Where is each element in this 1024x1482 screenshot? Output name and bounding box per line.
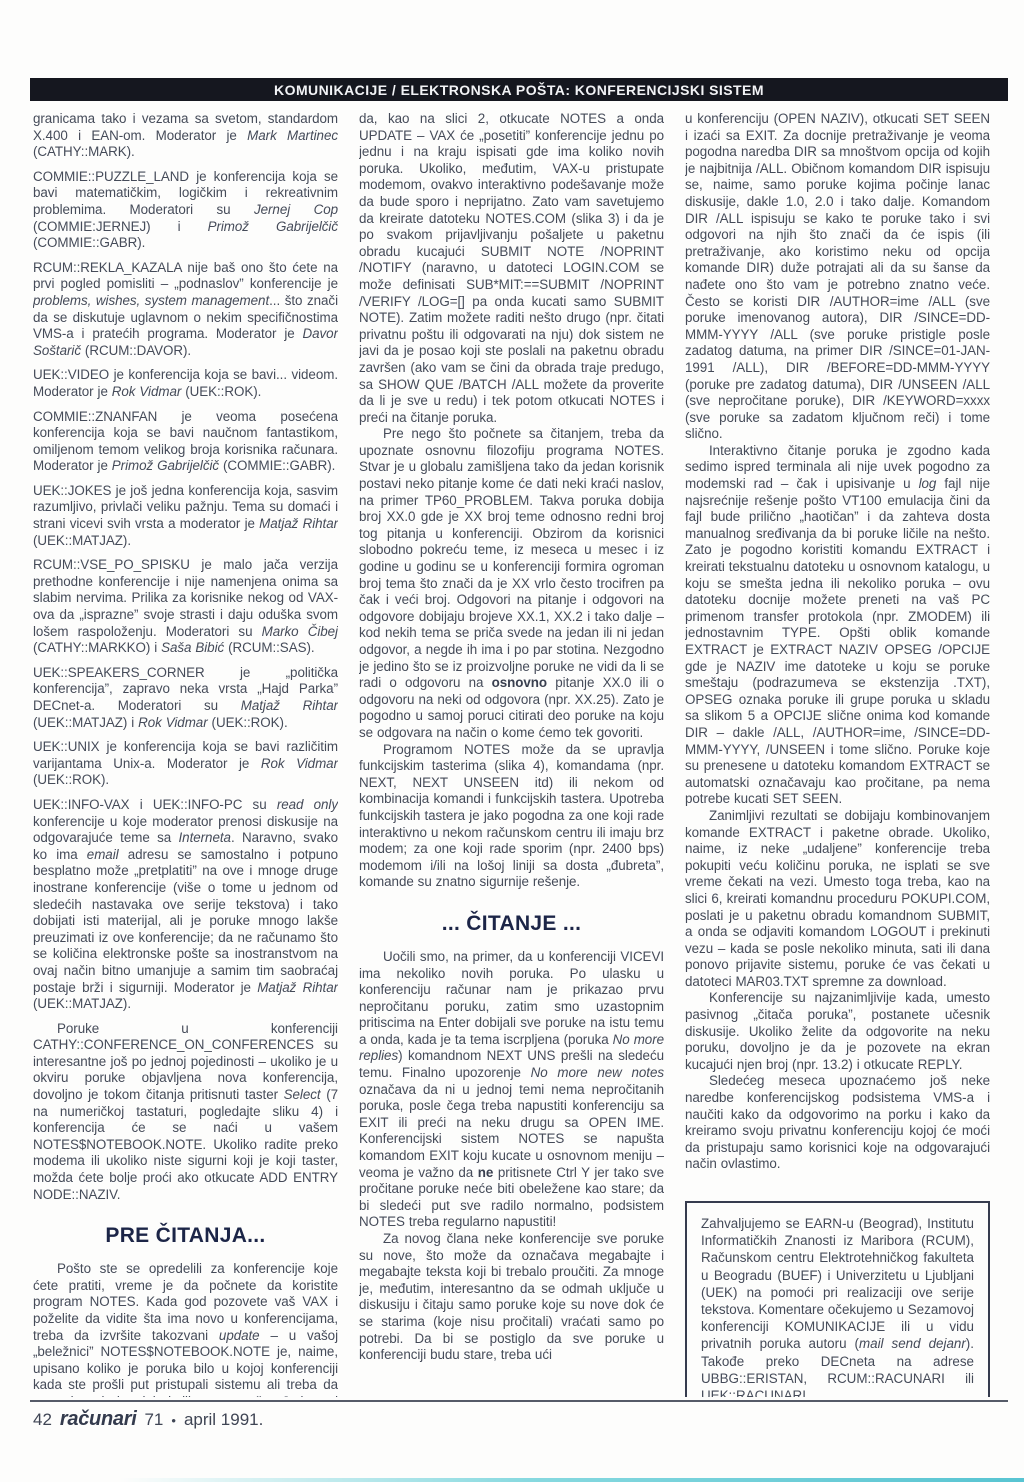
article-paragraph: UEK::INFO-VAX i UEK::INFO-PC su read onl… <box>33 797 338 1013</box>
section-header-title: KOMUNIKACIJE / ELEKTRONSKA POŠTA: KONFER… <box>274 82 764 98</box>
magazine-page: KOMUNIKACIJE / ELEKTRONSKA POŠTA: KONFER… <box>0 0 1024 1482</box>
article-paragraph: UEK::UNIX je konferencija koja se bavi r… <box>33 739 338 789</box>
issue-date: april 1991. <box>184 1410 263 1430</box>
article-paragraph: Konferencije su najzanimljivije kada, um… <box>685 990 990 1073</box>
article-paragraph: granicama tako i vezama sa svetom, stand… <box>33 111 338 161</box>
article-paragraph: Sledećeg meseca upoznaćemo još neke nare… <box>685 1073 990 1173</box>
section-header-bar: KOMUNIKACIJE / ELEKTRONSKA POŠTA: KONFER… <box>30 78 1008 101</box>
article-paragraph: da, kao na slici 2, otkucate NOTES a ond… <box>359 111 664 426</box>
article-paragraph: UEK::JOKES je još jedna konferencija koj… <box>33 483 338 549</box>
article-paragraph: UEK::SPEAKERS_CORNER je „politička konfe… <box>33 665 338 731</box>
article-paragraph: Zanimljivi rezultati se dobijaju kombino… <box>685 808 990 991</box>
article-paragraph: Za novog člana neke konferencije sve por… <box>359 1231 664 1364</box>
page-number: 42 <box>33 1410 52 1430</box>
article-paragraph: RCUM::VSE_PO_SPISKU je malo jača verzija… <box>33 557 338 657</box>
article-paragraph: Interaktivno čitanje poruka je zgodno ka… <box>685 443 990 808</box>
footer-rule <box>30 1400 1008 1402</box>
article-paragraph: u konferenciju (OPEN NAZIV), otkucati SE… <box>685 111 990 443</box>
scan-edge-artifact <box>120 1478 1024 1482</box>
article-paragraph: Pre nego što počnete sa čitanjem, treba … <box>359 426 664 741</box>
magazine-name: računari <box>60 1408 137 1431</box>
article-column-1: granicama tako i vezama sa svetom, stand… <box>33 111 338 1397</box>
article-paragraph: COMMIE::PUZZLE_LAND je konferencija koja… <box>33 169 338 252</box>
section-heading: ... ČITANJE ... <box>359 912 664 936</box>
acknowledgment-box: Zahvaljujemo se EARN-u (Beograd), Instit… <box>685 1201 990 1397</box>
article-paragraph: RCUM::REKLA_KAZALA nije baš ono što ćete… <box>33 260 338 360</box>
article-paragraph: Programom NOTES može da se upravlja funk… <box>359 742 664 891</box>
article-paragraph: COMMIE::ZNANFAN je veoma posećena konfer… <box>33 409 338 475</box>
article-paragraph: Pošto ste se opredelili za konferencije … <box>33 1261 338 1397</box>
article-paragraph: Poruke u konferenciji CATHY::CONFERENCE_… <box>33 1021 338 1204</box>
bullet-separator: • <box>171 1413 176 1428</box>
article-column-2: da, kao na slici 2, otkucate NOTES a ond… <box>359 111 664 1397</box>
issue-number: 71 <box>144 1410 163 1430</box>
article-paragraph: Uočili smo, na primer, da u konferenciji… <box>359 949 664 1231</box>
article-column-3: u konferenciju (OPEN NAZIV), otkucati SE… <box>685 111 990 1397</box>
page-footer: 42 računari 71 • april 1991. <box>33 1408 263 1431</box>
article-columns: granicama tako i vezama sa svetom, stand… <box>33 111 990 1397</box>
article-paragraph: UEK::VIDEO je konferencija koja se bavi.… <box>33 367 338 400</box>
section-heading: PRE ČITANJA... <box>33 1224 338 1248</box>
